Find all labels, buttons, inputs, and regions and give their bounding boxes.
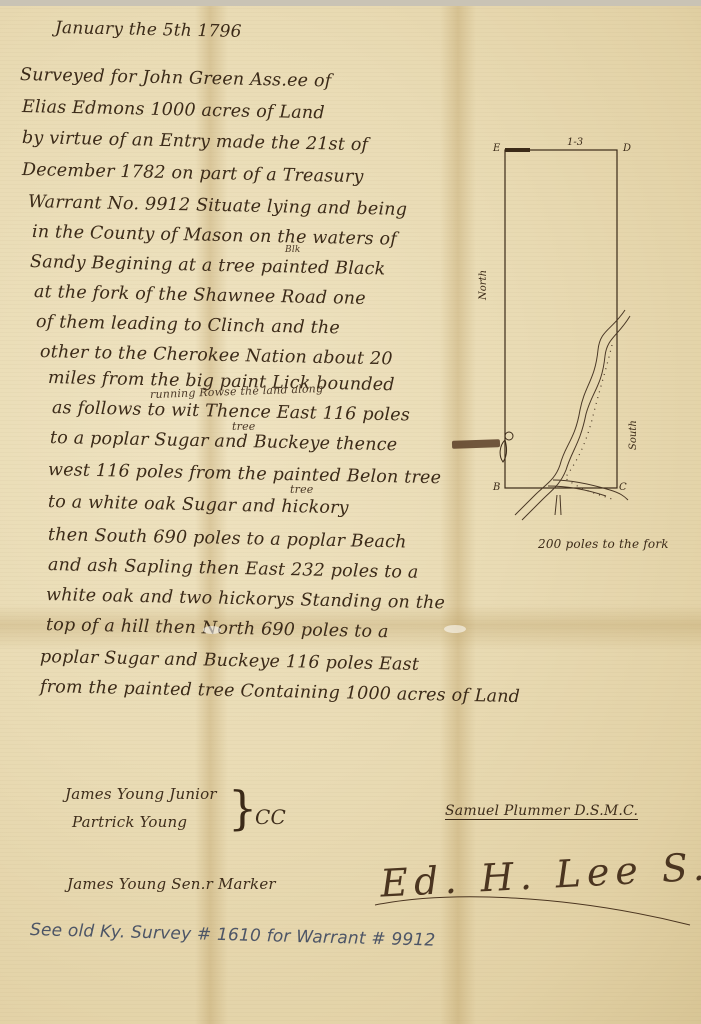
chain-carrier-bracket: }	[228, 785, 257, 831]
plat-corner-c: C	[619, 482, 627, 493]
plat-south-label: South	[628, 420, 639, 450]
manuscript-page: January the 5th 1796 Surveyed for John G…	[0, 0, 701, 1024]
chain-carrier-name: Partrick Young	[72, 813, 187, 831]
plat-corner-d: D	[623, 143, 631, 154]
plat-corner-b: B	[493, 482, 500, 493]
signature-flourish	[370, 890, 701, 930]
plat-top-label: 1-3	[567, 137, 583, 148]
chain-carrier-name: James Young Junior	[65, 785, 217, 803]
plat-corner-e: E	[493, 143, 500, 154]
marker-name: James Young Sen.r Marker	[67, 875, 276, 893]
chain-carrier-role: CC	[255, 805, 286, 829]
deputy-surveyor-signature: Samuel Plummer D.S.M.C.	[445, 803, 638, 820]
plat-north-label: North	[478, 270, 489, 300]
plat-caption: 200 poles to the fork	[538, 537, 669, 551]
